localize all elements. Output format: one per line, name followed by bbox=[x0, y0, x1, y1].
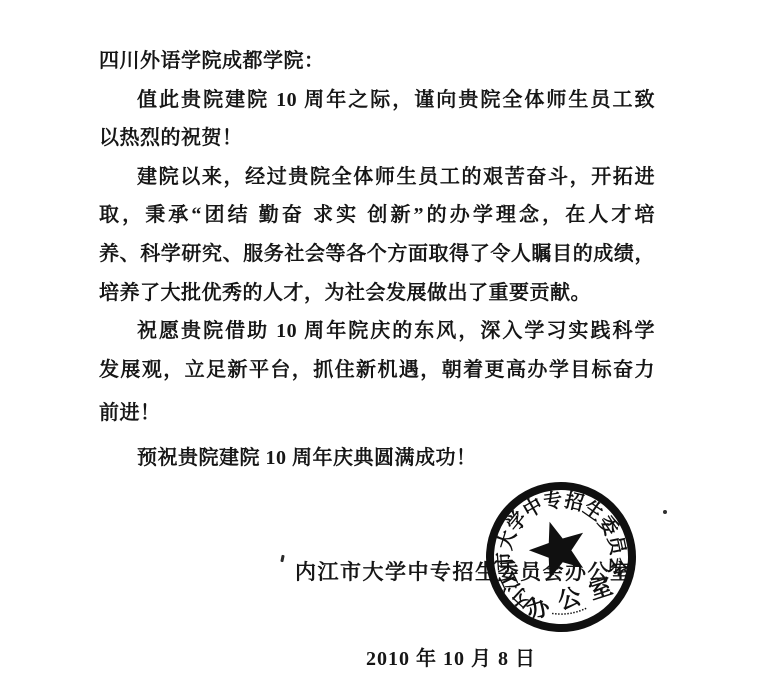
body-line-2: 以热烈的祝贺！ bbox=[99, 119, 655, 158]
body-line-6: 培养了大批优秀的人才，为社会发展做出了重要贡献。 bbox=[99, 274, 655, 313]
date-line: 2010 年 10 月 8 日 bbox=[366, 642, 536, 671]
official-seal-stamp: 内江市大学中专招生委员会 办公室 ▪▪▪▪▪▪▪▪▪▪▪▪ bbox=[482, 478, 640, 636]
letter-body: 四川外语学院成都学院： 值此贵院建院 10 周年之际，谨向贵院全体师生员工致 以… bbox=[99, 42, 655, 478]
body-line-8: 发展观，立足新平台，抓住新机遇，朝着更高办学目标奋力 bbox=[99, 351, 655, 390]
scanned-letter-page: 四川外语学院成都学院： 值此贵院建院 10 周年之际，谨向贵院全体师生员工致 以… bbox=[0, 0, 777, 697]
body-line-7: 祝愿贵院借助 10 周年院庆的东风，深入学习实践科学 bbox=[99, 312, 655, 351]
scan-speckle bbox=[280, 555, 284, 562]
scan-speckle bbox=[663, 510, 667, 514]
body-line-9: 前进！ bbox=[99, 394, 655, 433]
body-line-1: 值此贵院建院 10 周年之际，谨向贵院全体师生员工致 bbox=[99, 81, 655, 120]
body-line-3: 建院以来，经过贵院全体师生员工的艰苦奋斗，开拓进 bbox=[99, 158, 655, 197]
body-line-4: 取，秉承“团结 勤奋 求实 创新”的办学理念，在人才培 bbox=[99, 196, 655, 235]
body-line-10: 预祝贵院建院 10 周年庆典圆满成功！ bbox=[99, 439, 655, 478]
star-icon bbox=[522, 513, 593, 582]
body-line-5: 养、科学研究、服务社会等各个方面取得了令人瞩目的成绩， bbox=[99, 235, 655, 274]
recipient-line: 四川外语学院成都学院： bbox=[99, 42, 655, 81]
